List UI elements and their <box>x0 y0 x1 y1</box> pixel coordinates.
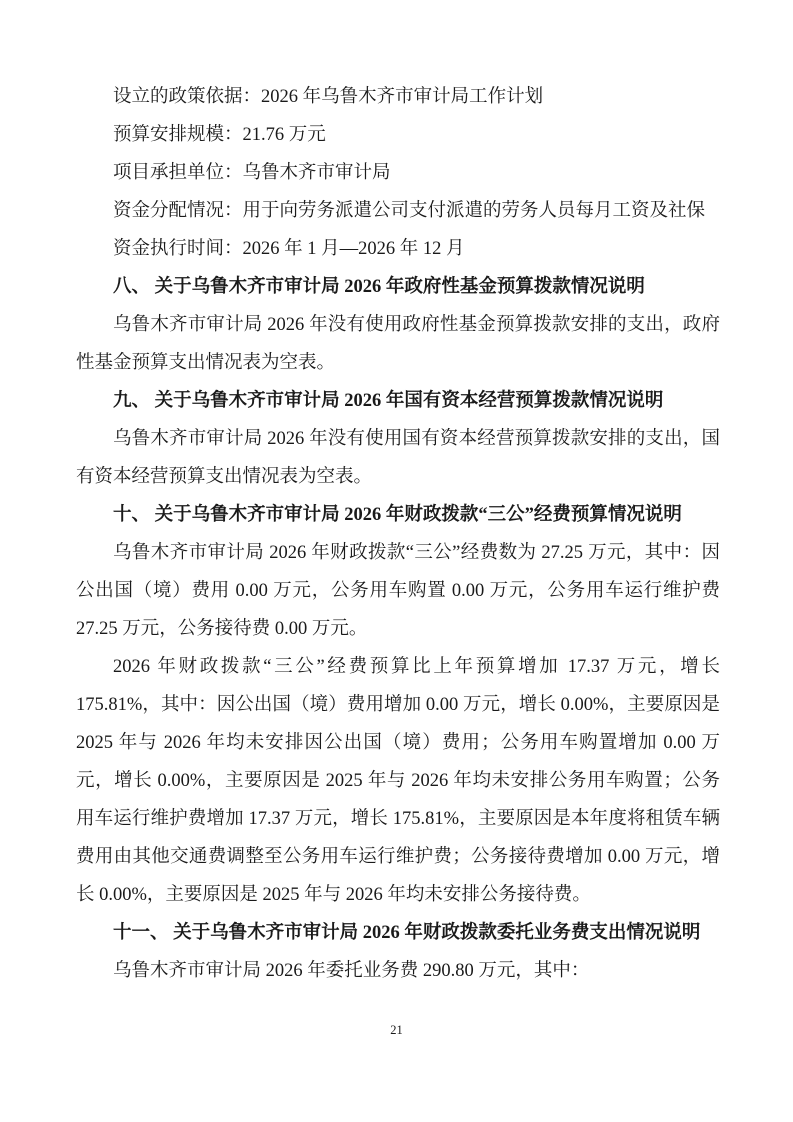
section-10-heading: 十、 关于乌鲁木齐市审计局 2026 年财政拨款“三公”经费预算情况说明 <box>76 496 720 534</box>
section-8-paragraph: 乌鲁木齐市审计局 2026 年没有使用政府性基金预算拨款安排的支出，政府性基金预… <box>76 306 720 382</box>
section-8-heading: 八、 关于乌鲁木齐市审计局 2026 年政府性基金预算拨款情况说明 <box>76 268 720 306</box>
section-11-paragraph: 乌鲁木齐市审计局 2026 年委托业务费 290.80 万元，其中： <box>76 952 720 990</box>
section-9-paragraph: 乌鲁木齐市审计局 2026 年没有使用国有资本经营预算拨款安排的支出，国有资本经… <box>76 420 720 496</box>
section-9-heading: 九、 关于乌鲁木齐市审计局 2026 年国有资本经营预算拨款情况说明 <box>76 382 720 420</box>
field-policy-basis: 设立的政策依据：2026 年乌鲁木齐市审计局工作计划 <box>76 78 720 116</box>
field-undertaking-unit: 项目承担单位：乌鲁木齐市审计局 <box>76 154 720 192</box>
field-fund-allocation: 资金分配情况：用于向劳务派遣公司支付派遣的劳务人员每月工资及社保 <box>76 192 720 230</box>
section-11-heading: 十一、 关于乌鲁木齐市审计局 2026 年财政拨款委托业务费支出情况说明 <box>76 914 720 952</box>
document-page: 设立的政策依据：2026 年乌鲁木齐市审计局工作计划 预算安排规模：21.76 … <box>0 0 793 1122</box>
field-budget-scale: 预算安排规模：21.76 万元 <box>76 116 720 154</box>
field-execution-period: 资金执行时间：2026 年 1 月—2026 年 12 月 <box>76 230 720 268</box>
section-10-paragraph-1: 乌鲁木齐市审计局 2026 年财政拨款“三公”经费数为 27.25 万元，其中：… <box>76 534 720 648</box>
section-10-paragraph-2: 2026 年财政拨款“三公”经费预算比上年预算增加 17.37 万元，增长 17… <box>76 648 720 914</box>
page-number: 21 <box>0 1022 793 1038</box>
